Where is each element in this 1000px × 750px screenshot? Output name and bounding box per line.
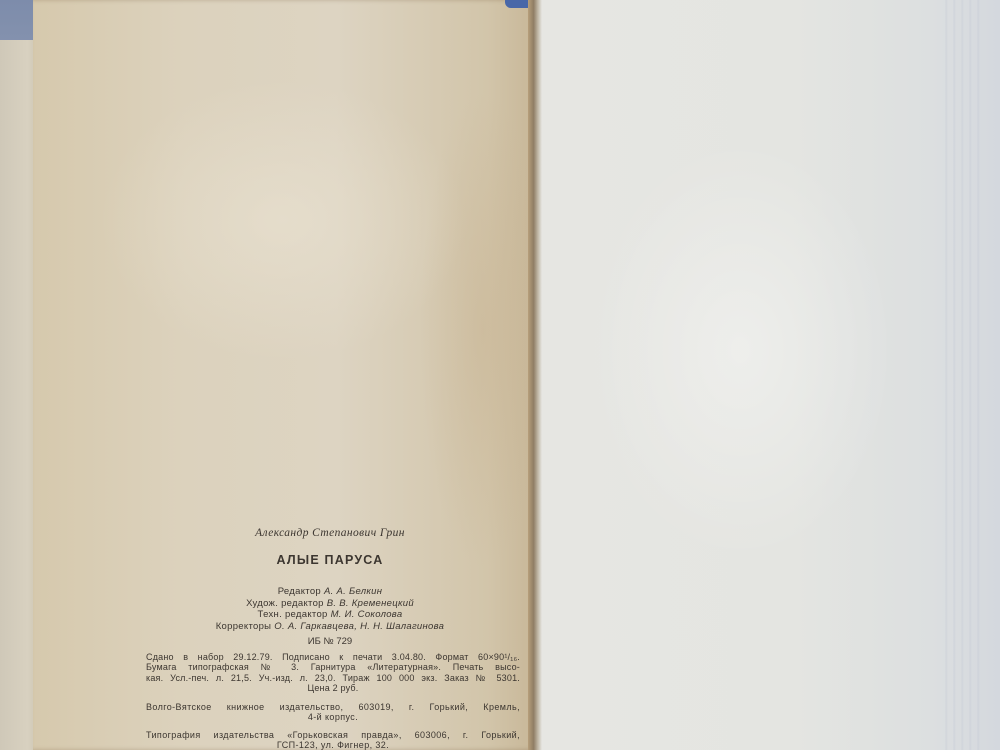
page-edge-texture	[940, 0, 980, 750]
printer-line: Типография издательства «Горьковская пра…	[146, 730, 520, 741]
ib-number: ИБ № 729	[140, 637, 520, 647]
specs-line: Бумага типографская № 3. Гарнитура «Лите…	[146, 662, 520, 673]
print-specs: Сдано в набор 29.12.79. Подписано к печа…	[140, 652, 520, 694]
price: Цена 2 руб.	[146, 683, 520, 694]
specs-line: Сдано в набор 29.12.79. Подписано к печа…	[146, 652, 520, 663]
author-name: Александр Степанович Грин	[140, 528, 520, 540]
specs-line: кая. Усл.-печ. л. 21,5. Уч.-изд. л. 23,0…	[146, 673, 520, 684]
credit-role: Корректоры	[216, 621, 272, 632]
publisher-line: 4-й корпус.	[146, 712, 520, 723]
credit-name: А. А. Белкин	[324, 586, 382, 597]
credit-role: Техн. редактор	[258, 609, 328, 620]
credit-role: Редактор	[278, 586, 321, 597]
printer-info: Типография издательства «Горьковская пра…	[146, 730, 520, 750]
printer-line: ГСП-123, ул. Фигнер, 32.	[146, 740, 520, 750]
credit-name: О. А. Гаркавцева, Н. Н. Шалагинова	[274, 621, 444, 632]
book-spine-gutter	[528, 0, 542, 750]
right-page-blank	[540, 0, 1000, 750]
colophon: Александр Степанович Грин АЛЫЕ ПАРУСА Ре…	[140, 528, 520, 750]
credit-name: М. И. Соколова	[331, 609, 403, 620]
credit-proofreaders: Корректоры О. А. Гаркавцева, Н. Н. Шалаг…	[140, 622, 520, 634]
publisher-info: Волго-Вятское книжное издательство, 6030…	[140, 702, 520, 750]
credit-name: В. В. Кременецкий	[327, 598, 414, 609]
credits-list: Редактор А. А. Белкин Худож. редактор В.…	[140, 587, 520, 633]
publisher-line: Волго-Вятское книжное издательство, 6030…	[146, 702, 520, 713]
credit-role: Худож. редактор	[246, 598, 324, 609]
book-title: АЛЫЕ ПАРУСА	[140, 554, 520, 567]
